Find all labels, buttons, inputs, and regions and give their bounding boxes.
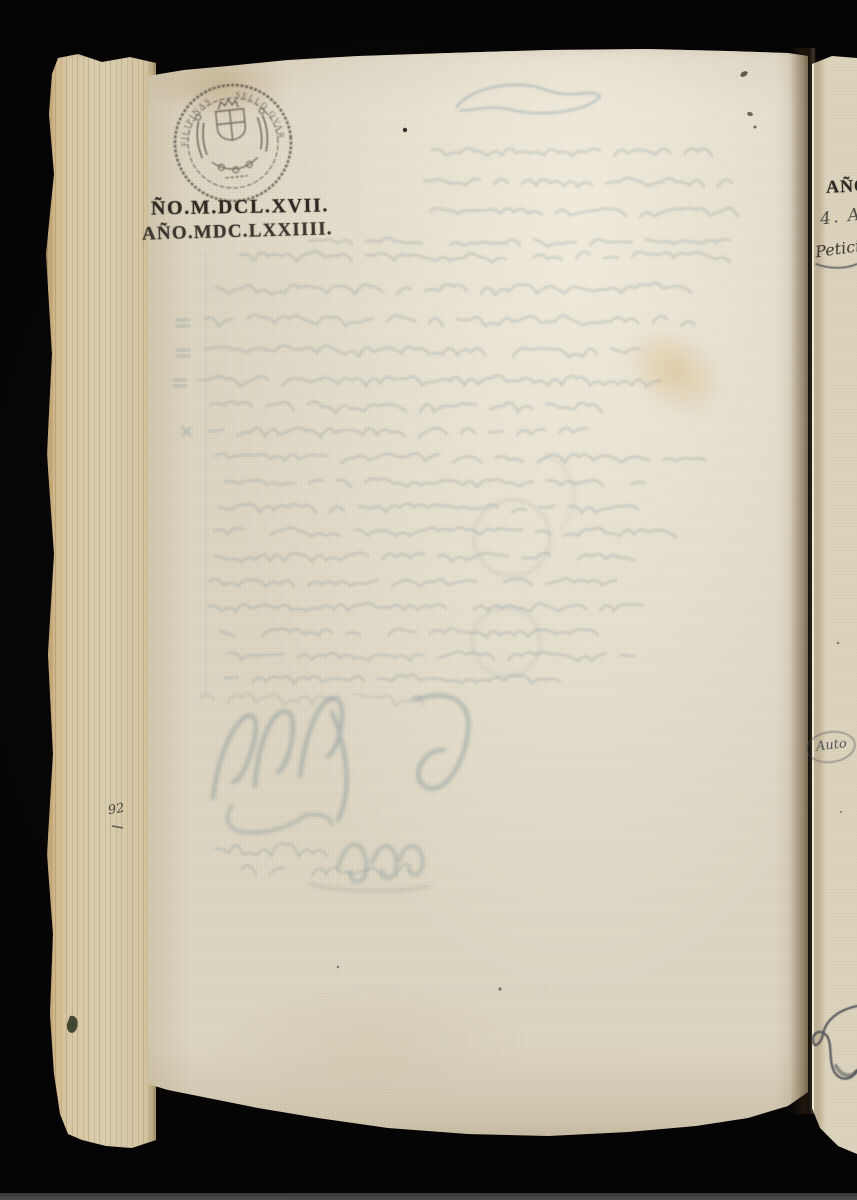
paper-seal-stamp: FILIPINAS SELLO QVAR [164, 74, 302, 212]
scan-bottom-strip [0, 1193, 857, 1200]
book-photo: FILIPINAS SELLO QVAR ÑO.M.DCL.XVII. AÑO.… [0, 0, 857, 1200]
svg-text:FILIPINAS: FILIPINAS [174, 95, 217, 148]
stamp-year-line-1: ÑO.M.DCL.XVII. [151, 194, 329, 220]
foot-stain [208, 986, 528, 1096]
seal-shield [216, 109, 247, 142]
seal-rim-left-text: FILIPINAS [174, 95, 217, 148]
right-page-year-label: AÑO [826, 175, 857, 197]
folio-margin-mark: 92 [107, 801, 126, 819]
diagonal-stain [603, 304, 745, 438]
page-edges-stack [44, 54, 156, 1150]
right-page-auto-word: Auto [815, 736, 847, 754]
